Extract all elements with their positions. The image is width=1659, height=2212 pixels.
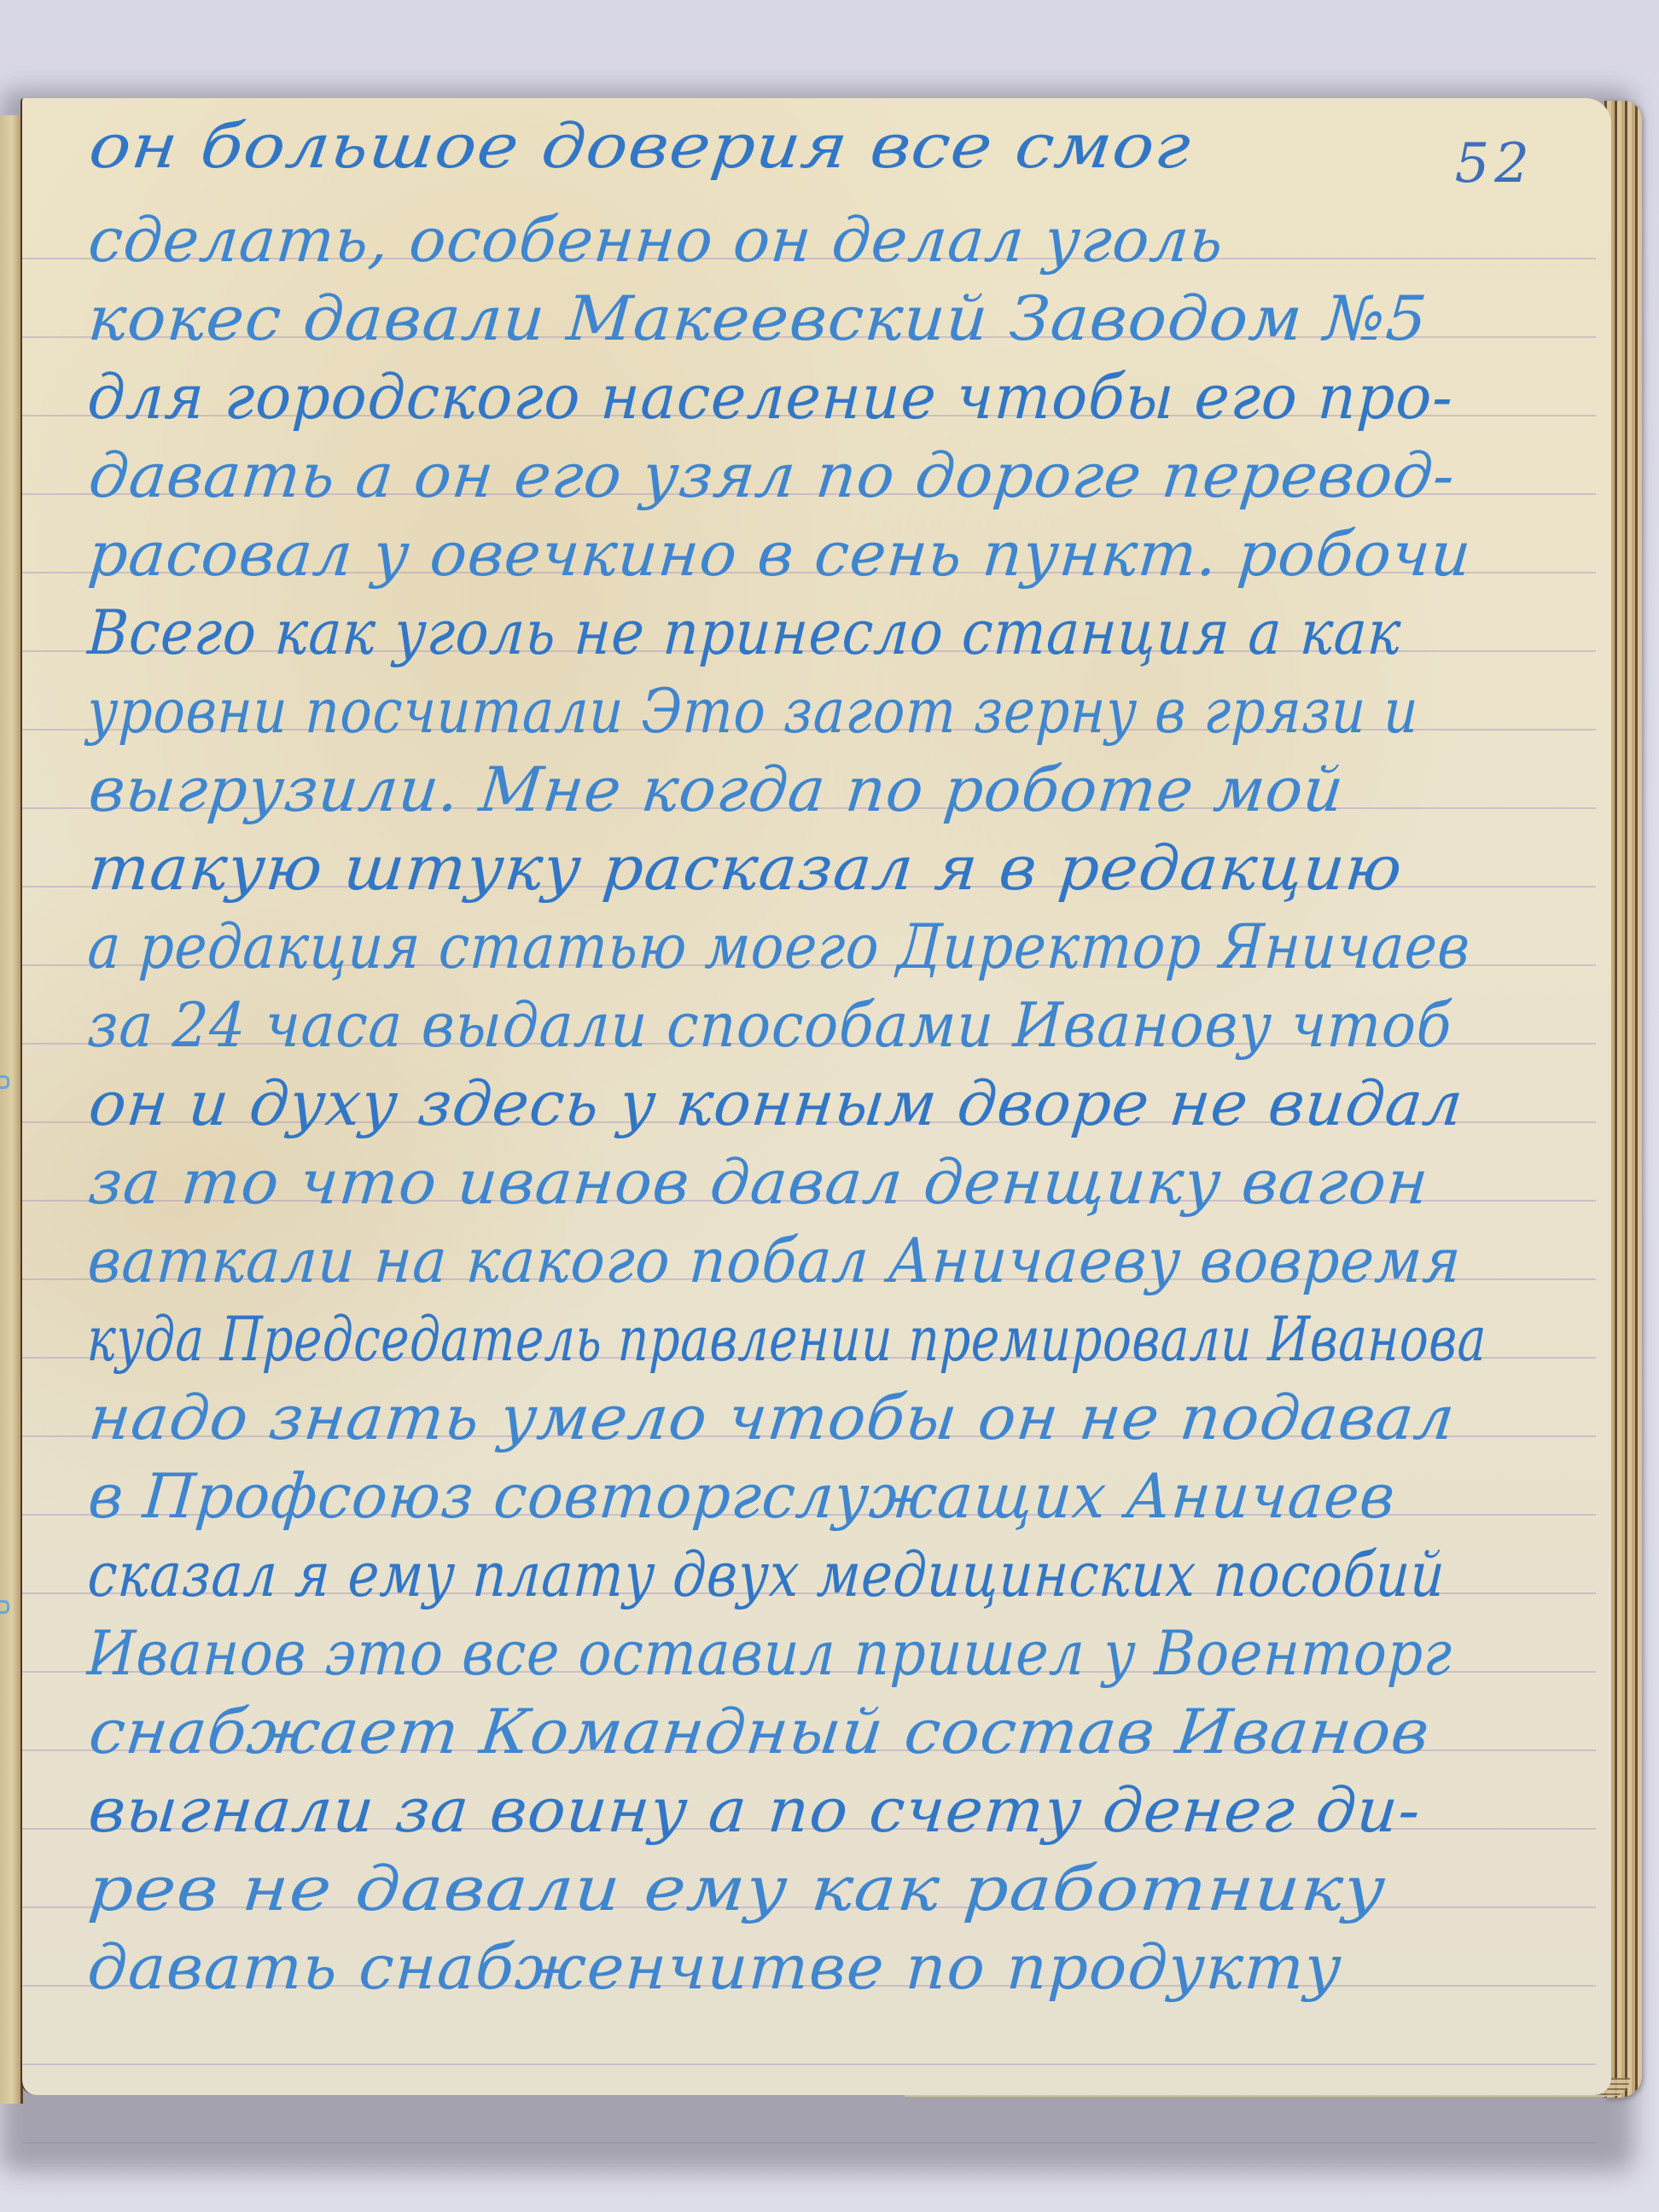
handwritten-line: он большое доверия все смог <box>86 115 1195 177</box>
ink-mark <box>0 1600 9 1614</box>
handwritten-line: выгнали за воину а по счету денег ди- <box>86 1779 1423 1841</box>
ruled-line <box>22 2142 1596 2144</box>
handwritten-line: давать снабженчитве по продукту <box>86 1936 1343 1998</box>
handwritten-line: кокес давали Макеевский Заводом №5 <box>86 288 1429 349</box>
handwritten-line: снабжает Командный состав Иванов <box>86 1701 1433 1762</box>
handwritten-line: рев не давали ему как работнику <box>86 1858 1388 1919</box>
handwritten-line: ваткали на какого побал Аничаеву вовремя <box>86 1230 1463 1291</box>
handwritten-line: для городского население чтобы его про- <box>86 366 1454 428</box>
handwritten-line: а редакция статью моего Директор Яничаев <box>86 916 1472 977</box>
handwritten-line: он и духу здесь у конным дворе не видал <box>86 1073 1466 1134</box>
ink-mark <box>0 1075 9 1089</box>
adjacent-page-edge <box>0 115 23 2104</box>
ruled-line <box>22 2064 1596 2065</box>
handwritten-line: в Профсоюз совторгслужащих Аничаев <box>86 1465 1398 1527</box>
handwritten-line: за то что иванов давал денщику вагон <box>86 1151 1431 1213</box>
page-number: 52 <box>1455 132 1534 195</box>
handwritten-line: выгрузили. Мне когда по роботе мой <box>86 759 1347 820</box>
handwritten-line: уровни посчитали Это загот зерну в грязи… <box>86 680 1420 742</box>
handwritten-line: Всего как уголь не принесло станция а ка… <box>86 602 1403 663</box>
handwritten-line: давать а он его узял по дороге перевод- <box>86 445 1458 506</box>
handwritten-line: сказал я ему плату двух медицинских посо… <box>86 1544 1447 1605</box>
handwritten-line: Иванов это все оставил пришел у Военторг <box>86 1622 1453 1684</box>
handwritten-line: расовал у овечкино в сень пункт. робочи <box>86 523 1474 585</box>
handwritten-line: куда Председатель правлении премировали … <box>86 1308 1487 1370</box>
handwritten-line: сделать, особенно он делал уголь <box>86 209 1226 271</box>
handwritten-line: за 24 часа выдали способами Иванову чтоб <box>86 994 1453 1056</box>
handwritten-line: такую штуку расказал я в редакцию <box>86 837 1406 899</box>
notebook-page: 52 он большое доверия все смогсделать, о… <box>20 98 1611 2095</box>
handwritten-line: надо знать умело чтобы он не подавал <box>86 1387 1458 1448</box>
